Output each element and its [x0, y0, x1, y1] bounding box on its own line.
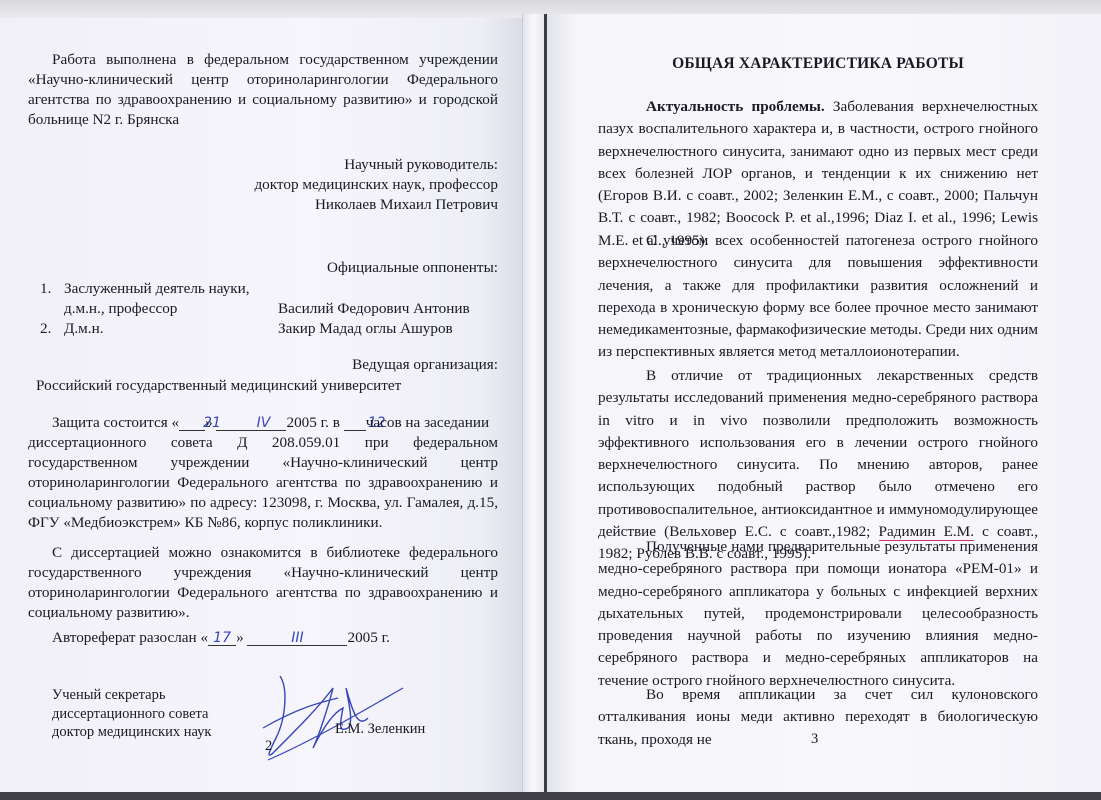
opponent-number: 1. — [40, 279, 64, 299]
defense-quote-close: » — [205, 414, 213, 431]
relevance-heading: Актуальность проблемы. — [646, 98, 825, 115]
opponents-list: 1. Заслуженный деятель науки, д.м.н., пр… — [40, 279, 500, 339]
defense-paragraph: Защита состоится «21» IV2005 г. в 12часо… — [28, 413, 498, 533]
handwritten-mailed-day: 17 — [213, 630, 231, 646]
secretary-line1: Ученый секретарь — [52, 686, 211, 705]
supervisor-degree: доктор медицинских наук, профессор — [28, 175, 498, 195]
defense-body: диссертационного совета Д 208.059.01 при… — [28, 433, 498, 533]
left-page-fold — [522, 14, 544, 794]
scan-bottom-edge — [0, 792, 1101, 800]
defense-time-text: часов на заседании — [366, 414, 489, 431]
opponent-name: Закир Мадад оглы Ашуров — [278, 319, 500, 339]
opponent-title: Заслуженный деятель науки, — [64, 279, 278, 299]
leading-org-name: Российский государственный медицинский у… — [36, 376, 506, 396]
defense-first-line: Защита состоится «21» IV2005 г. в 12часо… — [28, 413, 498, 433]
intro-paragraph: Работа выполнена в федеральном государст… — [28, 50, 498, 130]
leading-org-label: Ведущая организация: — [28, 355, 498, 375]
pathogenesis-paragraph: С учетом всех особенностей патогенеза ос… — [598, 230, 1038, 364]
relevance-paragraph: Актуальность проблемы. Заболевания верхн… — [598, 96, 1038, 252]
page-number-right: 3 — [811, 731, 818, 748]
library-paragraph: С диссертацией можно ознакомится в библи… — [28, 543, 498, 623]
opponent-item: 2. Д.м.н. Закир Мадад оглы Ашуров — [40, 319, 500, 339]
secretary-line2: диссертационного совета — [52, 705, 211, 724]
handwritten-month: IV — [257, 415, 271, 431]
secretary-line3: доктор медицинских наук — [52, 723, 211, 742]
signature-icon — [258, 668, 408, 768]
opponent-item-cont: д.м.н., профессор Василий Федорович Анто… — [40, 299, 500, 319]
mailed-year: 2005 г. — [347, 629, 389, 646]
secretary-name: Е.М. Зеленкин — [335, 721, 425, 738]
mailed-prefix: Автореферат разослан « — [52, 629, 208, 646]
secretary-block: Ученый секретарь диссертационного совета… — [52, 686, 211, 742]
defense-prefix: Защита состоится « — [52, 414, 179, 431]
handwritten-mailed-month: III — [291, 630, 303, 646]
section-heading: ОБЩАЯ ХАРАКТЕРИСТИКА РАБОТЫ — [598, 55, 1038, 73]
difference-text-a: В отличие от традиционных лекарственных … — [598, 367, 1038, 540]
preliminary-results-paragraph: Полученные нами предварительные результа… — [598, 536, 1038, 692]
page-number-left: 2 — [265, 738, 272, 755]
supervisor-name: Николаев Михаил Петрович — [28, 195, 498, 215]
supervisor-block: Научный руководитель: доктор медицинских… — [28, 155, 498, 215]
defense-year: 2005 г. в — [286, 414, 339, 431]
opponent-title-cont: д.м.н., профессор — [64, 299, 278, 319]
opponents-label: Официальные оппоненты: — [28, 258, 498, 278]
opponent-title: Д.м.н. — [64, 319, 278, 339]
relevance-text: Заболевания верхнечелюстных пазух воспал… — [598, 98, 1038, 249]
supervisor-label: Научный руководитель: — [28, 155, 498, 175]
opponent-item: 1. Заслуженный деятель науки, — [40, 279, 500, 299]
mailed-quote-close: » — [236, 629, 244, 646]
scanned-booklet-spread: Работа выполнена в федеральном государст… — [0, 0, 1101, 800]
opponent-number: 2. — [40, 319, 64, 339]
opponent-name: Василий Федорович Антонив — [278, 299, 500, 319]
mailed-line: Автореферат разослан «17» III2005 г. — [52, 628, 522, 648]
